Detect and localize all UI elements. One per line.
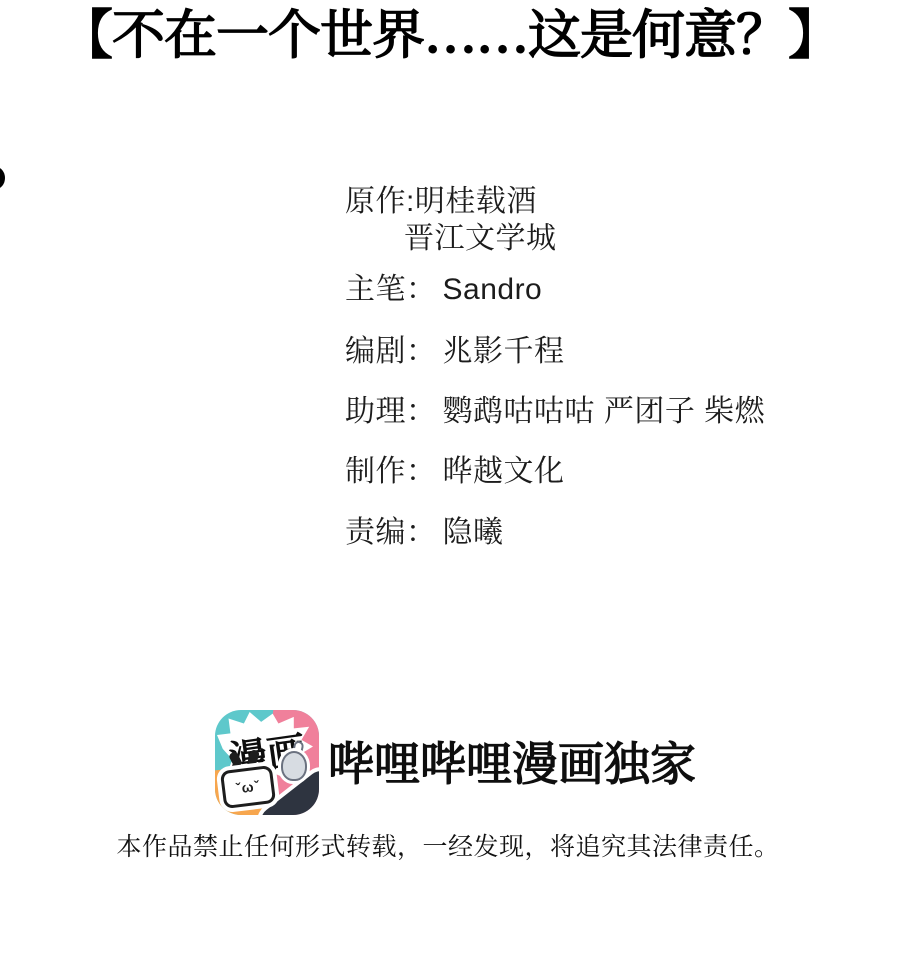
tv-icon: ˇωˇ (220, 765, 276, 809)
credit-value: 明桂载酒 (415, 183, 537, 220)
credit-value: 兆影千程 (443, 333, 565, 370)
credit-value: 鹦鹉咕咕咕 严团子 柴燃 (443, 393, 766, 430)
edge-artifact (0, 167, 5, 189)
credit-row-editor: 责编：隐曦 (345, 514, 504, 551)
credit-row-lead-artist: 主笔：Sandro (345, 271, 542, 308)
credit-row-screenwriter: 编剧：兆影千程 (345, 333, 565, 370)
hand-icon (281, 751, 307, 781)
credit-role-label: 责编： (345, 514, 437, 551)
credit-value: Sandro (443, 271, 543, 308)
credit-value: 晔越文化 (443, 453, 565, 490)
tv-face: ˇωˇ (235, 778, 261, 797)
credit-role-label: 原作: (345, 183, 415, 220)
credit-role-label: 主笔： (345, 271, 437, 308)
bilibili-comics-app-icon: 漫画 ˇωˇ (215, 710, 319, 815)
credit-role-label: 助理： (345, 393, 437, 430)
comic-credits-page: 【不在一个世界……这是何意？】 原作:明桂载酒 晋江文学城 主笔：Sandro … (0, 0, 900, 962)
page-title: 【不在一个世界……这是何意？】 (0, 2, 900, 70)
credit-role-label: 编剧： (345, 333, 437, 370)
credit-row-original-work: 原作:明桂载酒 晋江文学城 (345, 183, 557, 257)
credit-row-production: 制作：晔越文化 (345, 453, 565, 490)
credit-role-label: 制作： (345, 453, 437, 490)
disclaimer-text: 本作品禁止任何形式转载，一经发现，将追究其法律责任。 (0, 832, 896, 862)
credit-value-line2: 晋江文学城 (345, 220, 557, 257)
credit-value: 隐曦 (443, 514, 504, 551)
brand-exclusive-text: 哔哩哔哩漫画独家 (328, 736, 696, 792)
credit-row-assistants: 助理：鹦鹉咕咕咕 严团子 柴燃 (345, 393, 765, 430)
